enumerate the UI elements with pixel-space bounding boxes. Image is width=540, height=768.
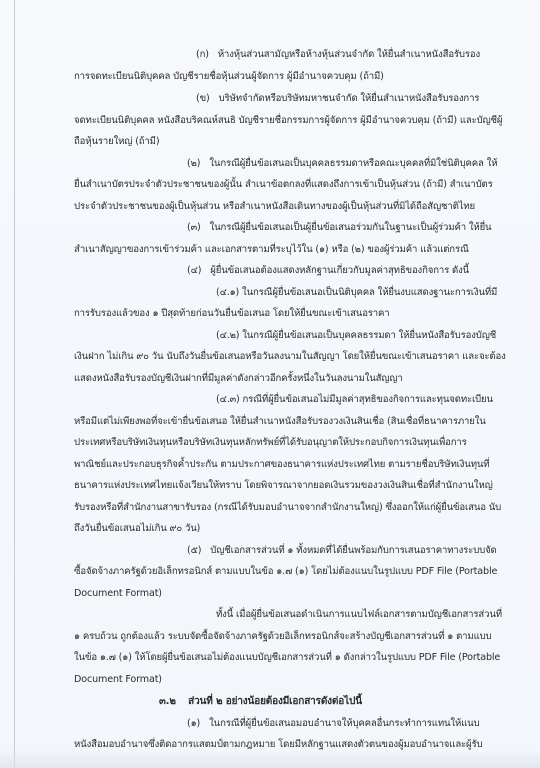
text-line: (๔.๑) ในกรณีผู้ยื่นข้อเสนอเป็นนิติบุคคล … — [216, 287, 497, 299]
text-line: เงินฝาก ไม่เกิน ๙๐ วัน นับถึงวันยื่นข้อเ… — [74, 351, 506, 363]
line-text: บริษัทจำกัดหรือบริษัทมหาชนจำกัด ให้ยื่นส… — [219, 93, 480, 104]
text-line: จดทะเบียนนิติบุคคล หนังสือบริคณห์สนธิ บั… — [74, 115, 502, 127]
text-line: (๔.๓) กรณีที่ผู้ยื่นข้อเสนอไม่มีมูลค่าสุ… — [216, 394, 493, 406]
line-text: การจดทะเบียนนิติบุคคล บัญชีรายชื่อหุ้นส่… — [74, 71, 384, 82]
text-line: การจดทะเบียนนิติบุคคล บัญชีรายชื่อหุ้นส่… — [74, 71, 384, 83]
line-text: สำเนาสัญญาของการเข้าร่วมค้า และเอกสารตาม… — [74, 244, 469, 255]
line-text: จดทะเบียนนิติบุคคล หนังสือบริคณห์สนธิ บั… — [74, 115, 502, 126]
line-text: (๔.๑) ในกรณีผู้ยื่นข้อเสนอเป็นนิติบุคคล … — [216, 287, 497, 298]
line-text: (๔.๒) ในกรณีผู้ยื่นข้อเสนอเป็นบุคคลธรรมด… — [216, 330, 496, 341]
text-line: ยื่นสำเนาบัตรประจำตัวประชาชนของผู้นั้น ส… — [74, 179, 493, 191]
line-text: รับรองหรือที่สำนักงานสาขารับรอง (กรณีได้… — [74, 502, 501, 513]
item-marker: (๑) — [187, 718, 200, 730]
line-text: ๑ ครบถ้วน ถูกต้องแล้ว ระบบจัดซื้อจัดจ้าง… — [74, 631, 492, 642]
line-text: ในกรณีที่ผู้ยื่นข้อเสนอมอบอำนาจให้บุคคลอ… — [209, 718, 479, 729]
line-text: ในกรณีผู้ยื่นข้อเสนอเป็นผู้ยื่นข้อเสนอร่… — [210, 222, 492, 233]
text-line: ธนาคารแห่งประเทศไทยแจ้งเวียนให้ทราบ โดยพ… — [74, 480, 493, 492]
text-line: (ก)ห้างหุ้นส่วนสามัญหรือห้างหุ้นส่วนจำกั… — [196, 49, 480, 61]
text-line: ทั้งนี้ เมื่อผู้ยื่นข้อเสนอดำเนินการแนบไ… — [216, 609, 502, 621]
item-marker: (๕) — [187, 545, 201, 557]
line-text: หนังสือมอบอำนาจซึ่งติดอากรแสตมป์ตามกฎหมา… — [74, 739, 482, 750]
item-marker: (๒) — [187, 158, 200, 170]
item-marker: (๔) — [187, 265, 201, 277]
line-text: ห้างหุ้นส่วนสามัญหรือห้างหุ้นส่วนจำกัด ใ… — [218, 49, 480, 60]
line-text: ประเทศหรือบริษัทเงินทุนหรือบริษัทเงินทุน… — [74, 437, 467, 448]
line-text: ผู้ยื่นข้อเสนอต้องแสดงหลักฐานเกี่ยวกับมู… — [210, 265, 469, 276]
line-text: พาณิชย์และประกอบธุรกิจค้ำประกัน ตามประกา… — [74, 459, 489, 470]
page-edge-divider — [14, 0, 15, 768]
text-line: ๑ ครบถ้วน ถูกต้องแล้ว ระบบจัดซื้อจัดจ้าง… — [74, 631, 492, 643]
line-text: ธนาคารแห่งประเทศไทยแจ้งเวียนให้ทราบ โดยพ… — [74, 480, 493, 491]
item-marker: (๓) — [187, 222, 201, 234]
text-line: แสดงหนังสือรับรองบัญชีเงินฝากที่มีมูลค่า… — [74, 373, 403, 385]
text-line: (๓)ในกรณีผู้ยื่นข้อเสนอเป็นผู้ยื่นข้อเสน… — [187, 222, 491, 234]
line-text: ในข้อ ๑.๗ (๑) ให้โดยผู้ยื่นข้อเสนอไม่ต้อ… — [74, 652, 500, 663]
line-text: หรือมีแต่ไม่เพียงพอที่จะเข้ายื่นข้อเสนอ … — [74, 416, 486, 427]
line-text: เงินฝาก ไม่เกิน ๙๐ วัน นับถึงวันยื่นข้อเ… — [74, 351, 506, 362]
section-number: ๓.๒ — [159, 696, 176, 708]
text-line: ถือหุ้นรายใหญ่ (ถ้ามี) — [74, 136, 159, 148]
text-line: (๑)ในกรณีที่ผู้ยื่นข้อเสนอมอบอำนาจให้บุค… — [187, 718, 480, 730]
text-line: รับรองหรือที่สำนักงานสาขารับรอง (กรณีได้… — [74, 502, 501, 514]
line-text: แสดงหนังสือรับรองบัญชีเงินฝากที่มีมูลค่า… — [74, 373, 403, 384]
document-page: (ก)ห้างหุ้นส่วนสามัญหรือห้างหุ้นส่วนจำกั… — [0, 0, 540, 768]
text-line: ประเทศหรือบริษัทเงินทุนหรือบริษัทเงินทุน… — [74, 437, 467, 449]
section-title: ส่วนที่ ๒ อย่างน้อยต้องมีเอกสารดังต่อไปน… — [188, 696, 362, 707]
line-text: ในกรณีผู้ยื่นข้อเสนอเป็นบุคคลธรรมดาหรือค… — [209, 158, 497, 169]
page-bottom-shadow — [0, 750, 540, 768]
text-line: ในข้อ ๑.๗ (๑) ให้โดยผู้ยื่นข้อเสนอไม่ต้อ… — [74, 652, 500, 664]
text-line: ซื้อจัดจ้างภาครัฐด้วยอิเล็กทรอนิกส์ ตามแ… — [74, 566, 497, 578]
line-text: Document Format) — [74, 674, 162, 685]
section-heading: ๓.๒ ส่วนที่ ๒ อย่างน้อยต้องมีเอกสารดังต่… — [159, 696, 362, 708]
text-line: (๔)ผู้ยื่นข้อเสนอต้องแสดงหลักฐานเกี่ยวกั… — [187, 265, 469, 277]
line-text: ถึงวันยื่นข้อเสนอไม่เกิน ๙๐ วัน) — [74, 523, 200, 534]
line-text: (๔.๓) กรณีที่ผู้ยื่นข้อเสนอไม่มีมูลค่าสุ… — [216, 394, 493, 405]
text-line: (ข)บริษัทจำกัดหรือบริษัทมหาชนจำกัด ให้ยื… — [196, 93, 479, 105]
text-line: (๕)บัญชีเอกสารส่วนที่ ๑ ทั้งหมดที่ได้ยื่… — [187, 545, 497, 557]
text-line: (๒)ในกรณีผู้ยื่นข้อเสนอเป็นบุคคลธรรมดาหร… — [187, 158, 497, 170]
line-text: ทั้งนี้ เมื่อผู้ยื่นข้อเสนอดำเนินการแนบไ… — [216, 609, 502, 620]
text-line: (๔.๒) ในกรณีผู้ยื่นข้อเสนอเป็นบุคคลธรรมด… — [216, 330, 496, 342]
item-marker: (ข) — [196, 93, 210, 105]
line-text: Document Format) — [74, 588, 162, 599]
text-line: ถึงวันยื่นข้อเสนอไม่เกิน ๙๐ วัน) — [74, 523, 200, 535]
text-line: Document Format) — [74, 674, 162, 686]
line-text: การรับรองแล้วของ ๑ ปีสุดท้ายก่อนวันยื่นข… — [74, 308, 390, 319]
line-text: ยื่นสำเนาบัตรประจำตัวประชาชนของผู้นั้น ส… — [74, 179, 493, 190]
item-marker: (ก) — [196, 49, 209, 61]
text-line: Document Format) — [74, 588, 162, 600]
line-text: ซื้อจัดจ้างภาครัฐด้วยอิเล็กทรอนิกส์ ตามแ… — [74, 566, 497, 577]
text-line: การรับรองแล้วของ ๑ ปีสุดท้ายก่อนวันยื่นข… — [74, 308, 390, 320]
text-line: พาณิชย์และประกอบธุรกิจค้ำประกัน ตามประกา… — [74, 459, 489, 471]
text-line: ประจำตัวประชาชนของผู้เป็นหุ้นส่วน หรือสำ… — [74, 201, 475, 213]
text-line: หรือมีแต่ไม่เพียงพอที่จะเข้ายื่นข้อเสนอ … — [74, 416, 486, 428]
text-line: สำเนาสัญญาของการเข้าร่วมค้า และเอกสารตาม… — [74, 244, 469, 256]
line-text: ประจำตัวประชาชนของผู้เป็นหุ้นส่วน หรือสำ… — [74, 201, 475, 212]
line-text: บัญชีเอกสารส่วนที่ ๑ ทั้งหมดที่ได้ยื่นพร… — [210, 545, 496, 556]
line-text: ถือหุ้นรายใหญ่ (ถ้ามี) — [74, 136, 159, 147]
